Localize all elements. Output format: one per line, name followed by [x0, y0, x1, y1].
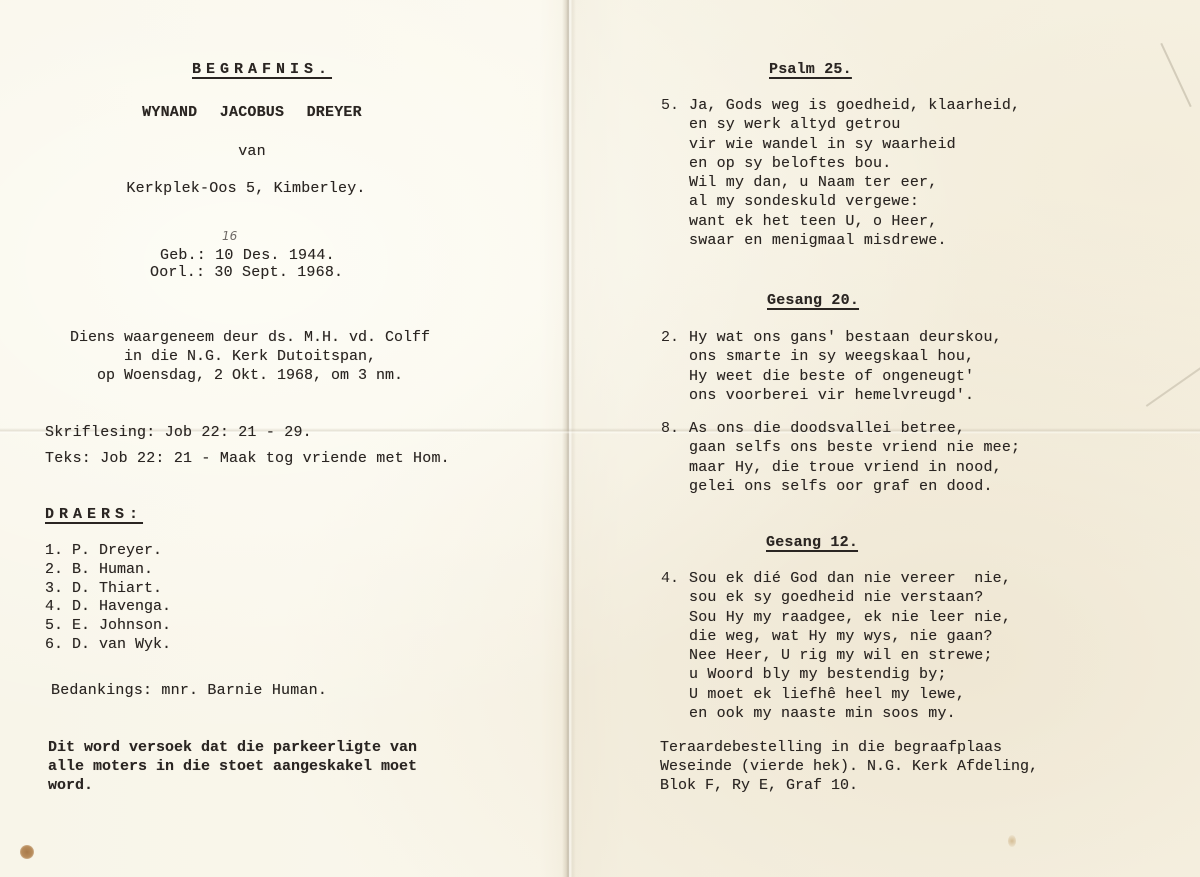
verse-line: en op sy beloftes bou.: [689, 154, 1020, 173]
service-line: in die N.G. Kerk Dutoitspan,: [0, 347, 500, 366]
bearers-heading: DRAERS:: [45, 505, 143, 524]
verse-line: en sy werk altyd getrou: [689, 115, 1020, 134]
request-line: word.: [48, 776, 417, 795]
right-page: Psalm 25. 5. Ja, Gods weg is goedheid, k…: [580, 0, 1200, 877]
gesang-20-verse-2: 2. Hy wat ons gans' bestaan deurskou, on…: [689, 328, 1002, 405]
burial-line: Blok F, Ry E, Graf 10.: [660, 776, 1038, 795]
verse-line: die weg, wat Hy my wys, nie gaan?: [689, 627, 1011, 646]
burial-details: Teraardebestelling in die begraafplaas W…: [660, 738, 1038, 795]
verse-line: Nee Heer, U rig my wil en strewe;: [689, 646, 1011, 665]
verse-number: 8.: [661, 419, 679, 438]
hymn-title-gesang-20: Gesang 20.: [767, 291, 859, 310]
bearers-list: 1. P. Dreyer. 2. B. Human. 3. D. Thiart.…: [45, 542, 171, 655]
verse-line: Ja, Gods weg is goedheid, klaarheid,: [689, 96, 1020, 115]
verse-number: 2.: [661, 328, 679, 347]
service-details: Diens waargeneem deur ds. M.H. vd. Colff…: [0, 328, 500, 385]
service-line: op Woensdag, 2 Okt. 1968, om 3 nm.: [0, 366, 500, 385]
van-label: van: [238, 142, 266, 161]
deceased-name: WYNAND JACOBUS DREYER: [142, 103, 362, 122]
parking-lights-request: Dit word versoek dat die parkeerligte va…: [48, 738, 417, 795]
verse-line: Sou ek dié God dan nie vereer nie,: [689, 569, 1011, 588]
verse-line: Hy wat ons gans' bestaan deurskou,: [689, 328, 1002, 347]
address: Kerkplek-Oos 5, Kimberley.: [126, 179, 365, 198]
psalm-25-verse-5: 5. Ja, Gods weg is goedheid, klaarheid, …: [689, 96, 1020, 250]
service-line: Diens waargeneem deur ds. M.H. vd. Colff: [0, 328, 500, 347]
verse-line: U moet ek liefhê heel my lewe,: [689, 685, 1011, 704]
burial-line: Teraardebestelling in die begraafplaas: [660, 738, 1038, 757]
bearer-item: 5. E. Johnson.: [45, 617, 171, 636]
bearer-item: 1. P. Dreyer.: [45, 542, 171, 561]
bearer-item: 2. B. Human.: [45, 561, 171, 580]
bearer-item: 4. D. Havenga.: [45, 598, 171, 617]
gesang-12-verse-4: 4. Sou ek dié God dan nie vereer nie, so…: [689, 569, 1011, 723]
handwritten-correction: 16: [222, 229, 237, 243]
document-title: BEGRAFNIS.: [192, 60, 332, 79]
verse-number: 4.: [661, 569, 679, 588]
request-line: Dit word versoek dat die parkeerligte va…: [48, 738, 417, 757]
verse-line: vir wie wandel in sy waarheid: [689, 135, 1020, 154]
bearer-item: 6. D. van Wyk.: [45, 636, 171, 655]
verse-line: Wil my dan, u Naam ter eer,: [689, 173, 1020, 192]
scripture-reading: Skriflesing: Job 22: 21 - 29.: [45, 423, 312, 442]
acknowledgements: Bedankings: mnr. Barnie Human.: [51, 681, 327, 700]
verse-line: swaar en menigmaal misdrewe.: [689, 231, 1020, 250]
verse-line: u Woord bly my bestendig by;: [689, 665, 1011, 684]
verse-line: Sou Hy my raadgee, ek nie leer nie,: [689, 608, 1011, 627]
left-page: BEGRAFNIS. WYNAND JACOBUS DREYER van Ker…: [0, 0, 560, 877]
gesang-20-verse-8: 8. As ons die doodsvallei betree, gaan s…: [689, 419, 1020, 496]
verse-line: gelei ons selfs oor graf en dood.: [689, 477, 1020, 496]
burial-line: Weseinde (vierde hek). N.G. Kerk Afdelin…: [660, 757, 1038, 776]
verse-number: 5.: [661, 96, 679, 115]
verse-line: Hy weet die beste of ongeneugt': [689, 367, 1002, 386]
verse-line: ons smarte in sy weegskaal hou,: [689, 347, 1002, 366]
death-date: Oorl.: 30 Sept. 1968.: [150, 263, 343, 282]
request-line: alle moters in die stoet aangeskakel moe…: [48, 757, 417, 776]
verse-line: gaan selfs ons beste vriend nie mee;: [689, 438, 1020, 457]
verse-line: maar Hy, die troue vriend in nood,: [689, 458, 1020, 477]
vertical-fold-crease: [562, 0, 576, 877]
bearer-item: 3. D. Thiart.: [45, 580, 171, 599]
hymn-title-gesang-12: Gesang 12.: [766, 533, 858, 552]
verse-line: As ons die doodsvallei betree,: [689, 419, 1020, 438]
verse-line: sou ek sy goedheid nie verstaan?: [689, 588, 1011, 607]
verse-line: want ek het teen U, o Heer,: [689, 212, 1020, 231]
verse-line: al my sondeskuld vergewe:: [689, 192, 1020, 211]
verse-line: ons voorberei vir hemelvreugd'.: [689, 386, 1002, 405]
verse-line: en ook my naaste min soos my.: [689, 704, 1011, 723]
hymn-title-psalm-25: Psalm 25.: [769, 60, 852, 79]
sermon-text: Teks: Job 22: 21 - Maak tog vriende met …: [45, 449, 450, 468]
